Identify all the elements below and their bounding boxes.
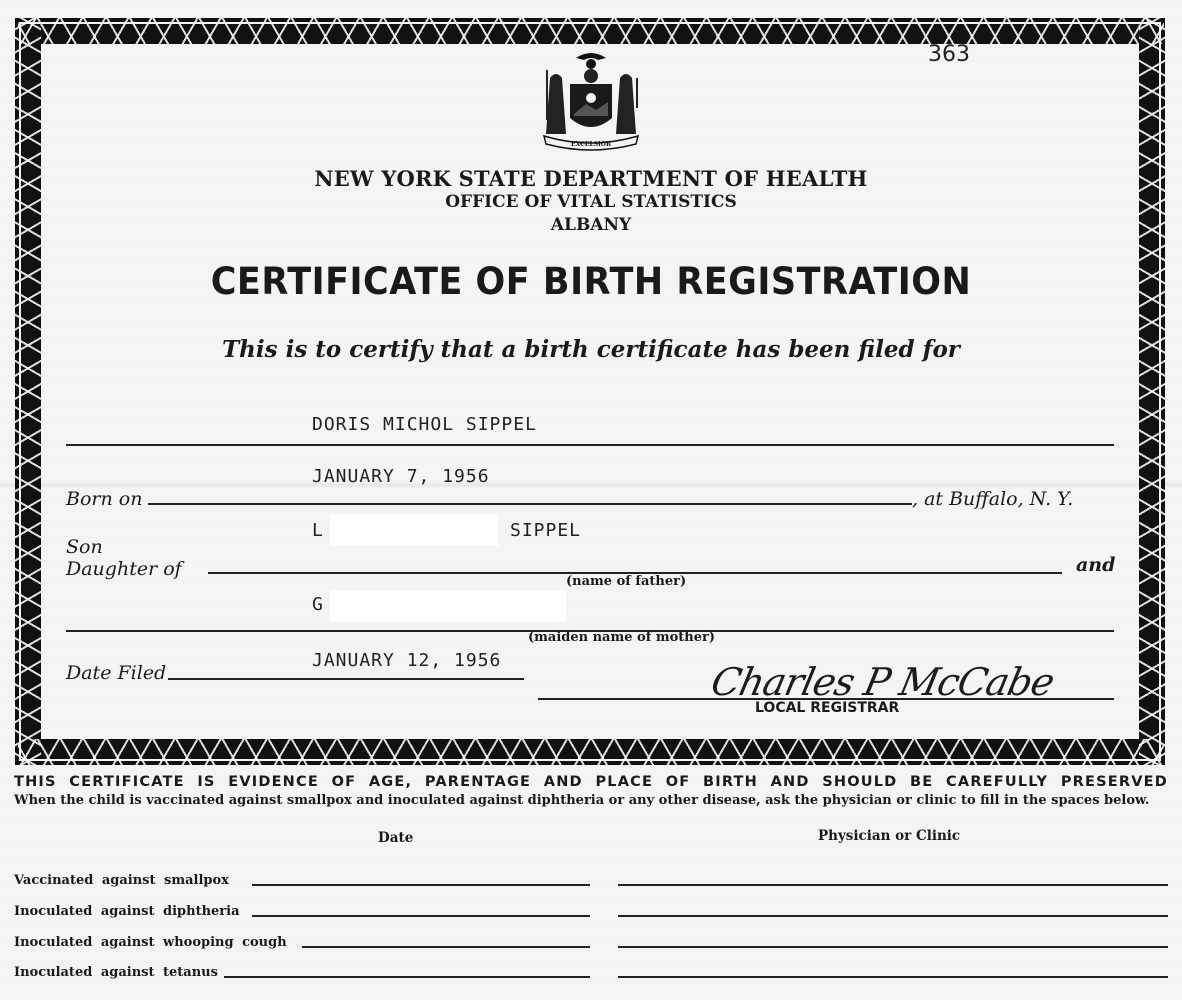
physician-field-tetanus[interactable] [618, 976, 1168, 978]
and-label: and [1076, 554, 1115, 576]
certify-statement: This is to certify that a birth certific… [0, 336, 1182, 363]
date-filed-label: Date Filed [66, 662, 166, 684]
date-field-whooping-cough[interactable] [302, 946, 590, 948]
vaccination-label: Inoculated against tetanus [14, 965, 218, 980]
date-field-smallpox[interactable] [252, 884, 590, 886]
father-caption: (name of father) [566, 574, 686, 589]
vaccination-label: Vaccinated against smallpox [14, 873, 229, 888]
page-number: 363 [928, 42, 970, 67]
office-heading: OFFICE OF VITAL STATISTICS [0, 192, 1182, 212]
department-heading: NEW YORK STATE DEPARTMENT OF HEALTH [0, 166, 1182, 191]
document-title: CERTIFICATE OF BIRTH REGISTRATION [0, 260, 1182, 303]
vaccination-row-tetanus: Inoculated against tetanus [14, 962, 1168, 982]
vaccination-row-smallpox: Vaccinated against smallpox [14, 870, 1168, 890]
svg-text:EXCELSIOR: EXCELSIOR [571, 141, 612, 148]
physician-field-smallpox[interactable] [618, 884, 1168, 886]
date-filed-line [168, 678, 524, 680]
father-surname: SIPPEL [510, 520, 581, 541]
vaccination-row-diphtheria: Inoculated against diphtheria [14, 901, 1168, 921]
vaccination-instruction: When the child is vaccinated against sma… [14, 792, 1168, 810]
redacted-mother-name [330, 590, 566, 622]
mother-initial: G [312, 594, 324, 615]
date-column-header: Date [378, 830, 413, 846]
born-on-label: Born on [66, 488, 142, 510]
date-filed: JANUARY 12, 1956 [312, 650, 501, 671]
vaccination-label: Inoculated against diphtheria [14, 904, 240, 919]
date-field-diphtheria[interactable] [252, 915, 590, 917]
child-name-line [66, 444, 1114, 446]
daughter-of-label: Daughter of [66, 558, 182, 580]
physician-field-whooping-cough[interactable] [618, 946, 1168, 948]
father-initial: L [312, 520, 324, 541]
redacted-father-name [330, 514, 498, 546]
physician-column-header: Physician or Clinic [818, 828, 960, 844]
new-york-state-seal-icon: EXCELSIOR [536, 48, 646, 154]
son-label: Son [66, 536, 103, 558]
evidence-notice: THIS CERTIFICATE IS EVIDENCE OF AGE, PAR… [14, 774, 1168, 790]
birth-place: , at Buffalo, N. Y. [912, 488, 1073, 510]
vaccination-row-whooping-cough: Inoculated against whooping cough [14, 932, 1168, 952]
birth-date-line [148, 503, 912, 505]
city-heading: ALBANY [0, 215, 1182, 235]
vaccination-label: Inoculated against whooping cough [14, 935, 287, 950]
mother-caption: (maiden name of mother) [528, 630, 715, 645]
date-field-tetanus[interactable] [224, 976, 590, 978]
child-name: DORIS MICHOL SIPPEL [312, 414, 537, 435]
physician-field-diphtheria[interactable] [618, 915, 1168, 917]
local-registrar-label: LOCAL REGISTRAR [755, 700, 899, 716]
birth-date: JANUARY 7, 1956 [312, 466, 490, 487]
